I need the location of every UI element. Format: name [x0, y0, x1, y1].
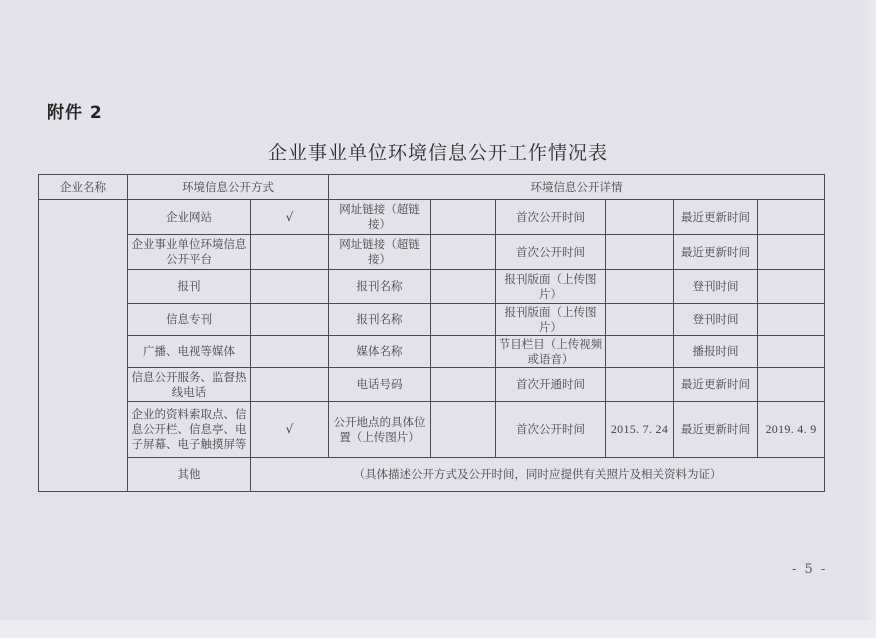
detail-value[interactable] [431, 235, 496, 270]
method-check[interactable] [251, 270, 329, 304]
update-value[interactable] [758, 368, 825, 402]
update-value[interactable] [758, 270, 825, 304]
detail-value[interactable] [431, 304, 496, 336]
first-time-value[interactable]: 2015. 7. 24 [606, 402, 674, 458]
first-time-value[interactable] [606, 235, 674, 270]
table-row-other: 其他 （具体描述公开方式及公开时间，同时应提供有关照片及相关资料为证） [39, 458, 825, 492]
first-time-label: 报刊版面（上传图片） [496, 270, 606, 304]
update-label: 最近更新时间 [674, 402, 758, 458]
detail-label: 媒体名称 [329, 336, 431, 368]
table-header-row: 企业名称 环境信息公开方式 环境信息公开详情 [39, 175, 825, 200]
detail-value[interactable] [431, 402, 496, 458]
page-edge-bottom [0, 620, 876, 638]
first-time-label: 首次公开时间 [496, 235, 606, 270]
method-check[interactable] [251, 235, 329, 270]
detail-label: 公开地点的具体位置（上传图片） [329, 402, 431, 458]
header-disclosure-details: 环境信息公开详情 [329, 175, 825, 200]
detail-label: 电话号码 [329, 368, 431, 402]
table-row: 报刊 报刊名称 报刊版面（上传图片） 登刊时间 [39, 270, 825, 304]
method-label: 企业的资料索取点、信息公开栏、信息亭、电子屏幕、电子触摸屏等 [128, 402, 251, 458]
method-label-other: 其他 [128, 458, 251, 492]
table-row: 企业事业单位环境信息公开平台 网址链接（超链接） 首次公开时间 最近更新时间 [39, 235, 825, 270]
method-check[interactable]: √ [251, 200, 329, 235]
update-value[interactable]: 2019. 4. 9 [758, 402, 825, 458]
update-value[interactable] [758, 304, 825, 336]
detail-label: 报刊名称 [329, 270, 431, 304]
method-label: 信息专刊 [128, 304, 251, 336]
first-time-label: 节目栏目（上传视频或语音） [496, 336, 606, 368]
update-value[interactable] [758, 336, 825, 368]
first-time-value[interactable] [606, 368, 674, 402]
detail-label: 报刊名称 [329, 304, 431, 336]
first-time-label: 首次公开时间 [496, 200, 606, 235]
first-time-label: 报刊版面（上传图片） [496, 304, 606, 336]
company-name-cell[interactable] [39, 200, 128, 492]
header-company-name: 企业名称 [39, 175, 128, 200]
document-title: 企业事业单位环境信息公开工作情况表 [0, 138, 876, 165]
table-row: 企业网站 √ 网址链接（超链接） 首次公开时间 最近更新时间 [39, 200, 825, 235]
disclosure-table: 企业名称 环境信息公开方式 环境信息公开详情 企业网站 √ 网址链接（超链接） … [38, 174, 825, 492]
table-row: 企业的资料索取点、信息公开栏、信息亭、电子屏幕、电子触摸屏等 √ 公开地点的具体… [39, 402, 825, 458]
first-time-value[interactable] [606, 200, 674, 235]
first-time-label: 首次公开时间 [496, 402, 606, 458]
update-value[interactable] [758, 200, 825, 235]
method-label: 企业网站 [128, 200, 251, 235]
page-number: - 5 - [792, 562, 827, 577]
table-row: 广播、电视等媒体 媒体名称 节目栏目（上传视频或语音） 播报时间 [39, 336, 825, 368]
table-row: 信息专刊 报刊名称 报刊版面（上传图片） 登刊时间 [39, 304, 825, 336]
header-disclosure-method: 环境信息公开方式 [128, 175, 329, 200]
update-label: 播报时间 [674, 336, 758, 368]
detail-label: 网址链接（超链接） [329, 200, 431, 235]
method-label: 信息公开服务、监督热线电话 [128, 368, 251, 402]
method-check[interactable] [251, 368, 329, 402]
method-check[interactable]: √ [251, 402, 329, 458]
method-label: 企业事业单位环境信息公开平台 [128, 235, 251, 270]
first-time-value[interactable] [606, 304, 674, 336]
annex-label: 附件 2 [47, 98, 103, 123]
detail-value[interactable] [431, 336, 496, 368]
first-time-label: 首次开通时间 [496, 368, 606, 402]
update-label: 最近更新时间 [674, 368, 758, 402]
other-note[interactable]: （具体描述公开方式及公开时间，同时应提供有关照片及相关资料为证） [251, 458, 825, 492]
first-time-value[interactable] [606, 270, 674, 304]
first-time-value[interactable] [606, 336, 674, 368]
update-label: 最近更新时间 [674, 200, 758, 235]
detail-value[interactable] [431, 368, 496, 402]
detail-label: 网址链接（超链接） [329, 235, 431, 270]
method-check[interactable] [251, 304, 329, 336]
update-label: 登刊时间 [674, 304, 758, 336]
detail-value[interactable] [431, 200, 496, 235]
method-label: 报刊 [128, 270, 251, 304]
page-edge [862, 0, 876, 638]
update-label: 最近更新时间 [674, 235, 758, 270]
update-label: 登刊时间 [674, 270, 758, 304]
method-label: 广播、电视等媒体 [128, 336, 251, 368]
table-row: 信息公开服务、监督热线电话 电话号码 首次开通时间 最近更新时间 [39, 368, 825, 402]
update-value[interactable] [758, 235, 825, 270]
detail-value[interactable] [431, 270, 496, 304]
method-check[interactable] [251, 336, 329, 368]
